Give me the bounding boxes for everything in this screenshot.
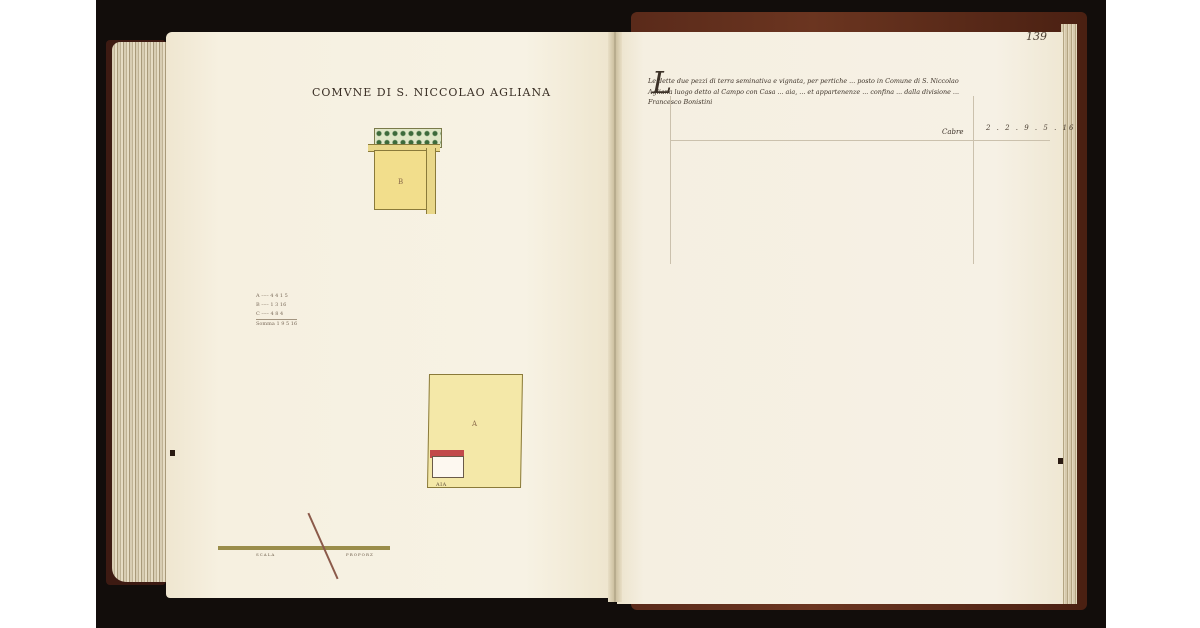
book-gutter: [608, 32, 622, 602]
small-plot-map: B: [368, 128, 440, 214]
scale-bar: [218, 546, 390, 550]
scale-right-label: PROPORZ: [346, 552, 374, 557]
binding-mark: [170, 450, 175, 456]
folio-number: 139: [1026, 30, 1047, 43]
ruled-line: [973, 96, 974, 264]
measure-table: A ––– 4 4 1 5 B ––– 1 3 16 C ––– 4 8 4 S…: [256, 292, 297, 329]
table-row: Somma 1 9 5 16: [256, 320, 297, 329]
table-row: A ––– 4 4 1 5: [256, 292, 297, 301]
house-icon: [432, 456, 464, 478]
plot-letter: B: [398, 178, 403, 186]
table-row: B ––– 1 3 16: [256, 301, 297, 310]
binding-mark: [1058, 458, 1063, 464]
book-photograph: COMVNE DI S. NICCOLAO AGLIANA B A ––– 4 …: [96, 0, 1106, 628]
manuscript-entry: Le dette due pezzi di terra seminativa e…: [648, 76, 978, 108]
left-page-edges: [112, 42, 174, 582]
table-row: C ––– 4 8 4: [256, 310, 297, 320]
scale-left-label: SCALA: [256, 552, 275, 557]
entry-total: 2 . 2 . 9 . 5 . 16: [986, 124, 1075, 132]
house-label: AIA: [436, 482, 447, 488]
page-title: COMVNE DI S. NICCOLAO AGLIANA: [312, 86, 551, 99]
road-vertical: [426, 148, 436, 214]
right-page: [617, 32, 1063, 604]
right-page-edges: [1061, 24, 1077, 604]
large-plot-map: A AIA: [422, 364, 526, 494]
left-page: [166, 32, 614, 598]
plot-letter: A: [472, 420, 477, 428]
ruled-line: [670, 96, 671, 264]
ruled-line: [670, 140, 1050, 141]
entry-abbrev: Cabre: [942, 128, 964, 136]
